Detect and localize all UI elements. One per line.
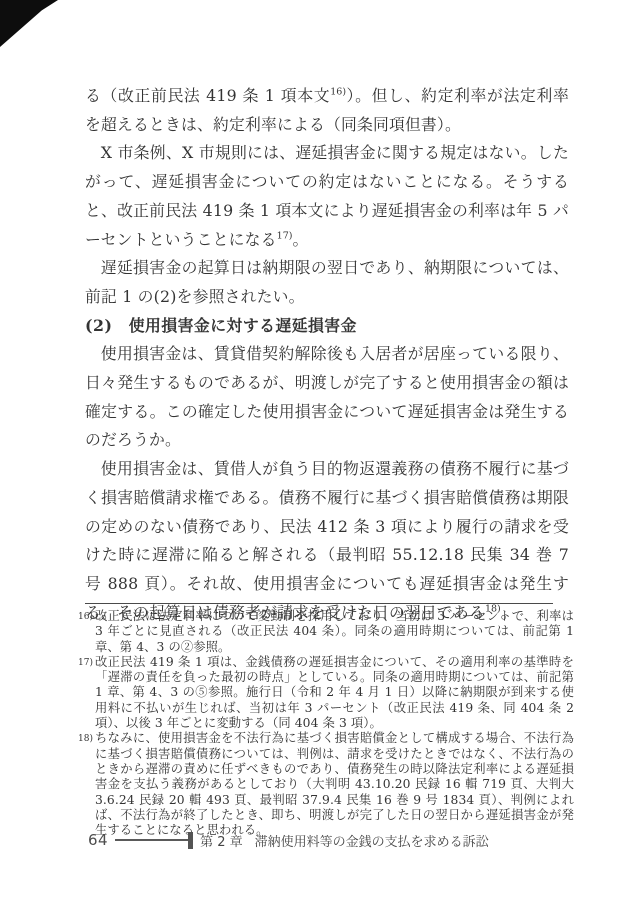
body-paragraph: 使用損害金は、賃貸借契約解除後も入居者が居座っている限り、日々発生するものである… (85, 340, 569, 455)
footer-rule-line (115, 839, 188, 841)
body-text: る（改正前民法 419 条 1 項本文16)）。但し、約定利率が法定利率を超える… (85, 82, 569, 627)
footnote-ref: 16) (330, 87, 346, 98)
footnote-item: 18)ちなみに、使用損害金を不法行為に基づく損害賠償金として構成する場合、不法行… (78, 731, 574, 838)
footnote-text: 改正民法は法定利率について変動制を採用しており、当初は 3 パーセントで、利率は… (95, 609, 574, 654)
footnote-marker: 18) (78, 732, 93, 747)
body-paragraph: 遅延損害金の起算日は納期限の翌日であり、納期限については、前記 1 の(2)を参… (85, 254, 569, 311)
book-page: る（改正前民法 419 条 1 項本文16)）。但し、約定利率が法定利率を超える… (0, 0, 642, 900)
body-paragraph: る（改正前民法 419 条 1 項本文16)）。但し、約定利率が法定利率を超える… (85, 82, 569, 139)
footnote-text: 改正民法 419 条 1 項は、金銭債務の遅延損害金について、その適用利率の基準… (95, 655, 574, 730)
footnote-marker: 17) (78, 656, 93, 671)
footnote-text: ちなみに、使用損害金を不法行為に基づく損害賠償金として構成する場合、不法行為に基… (95, 731, 574, 837)
scan-corner-artifact (0, 0, 58, 47)
page-footer: 64 第 2 章滞納使用料等の金銭の支払を求める訴訟 (88, 831, 489, 849)
body-paragraph: 使用損害金は、賃借人が負う目的物返還義務の債務不履行に基づく損害賠償請求権である… (85, 455, 569, 627)
footnote-item: 17)改正民法 419 条 1 項は、金銭債務の遅延損害金について、その適用利率… (78, 655, 574, 731)
footnote-marker: 16) (78, 610, 93, 625)
section-heading: (2) 使用損害金に対する遅延損害金 (85, 312, 569, 341)
body-paragraph: X 市条例、X 市規則には、遅延損害金に関する規定はない。したがって、遅延損害金… (85, 139, 569, 254)
footer-vertical-bar (188, 832, 193, 849)
footnote-separator-rule (85, 603, 553, 604)
running-chapter-title: 第 2 章滞納使用料等の金銭の支払を求める訴訟 (200, 831, 489, 850)
footnote-list: 16)改正民法は法定利率について変動制を採用しており、当初は 3 パーセントで、… (78, 609, 574, 838)
chapter-title: 滞納使用料等の金銭の支払を求める訴訟 (255, 835, 489, 850)
footnote-ref: 17) (277, 230, 293, 241)
page-number: 64 (88, 831, 108, 849)
footnote-item: 16)改正民法は法定利率について変動制を採用しており、当初は 3 パーセントで、… (78, 609, 574, 655)
chapter-label: 第 2 章 (200, 835, 243, 850)
